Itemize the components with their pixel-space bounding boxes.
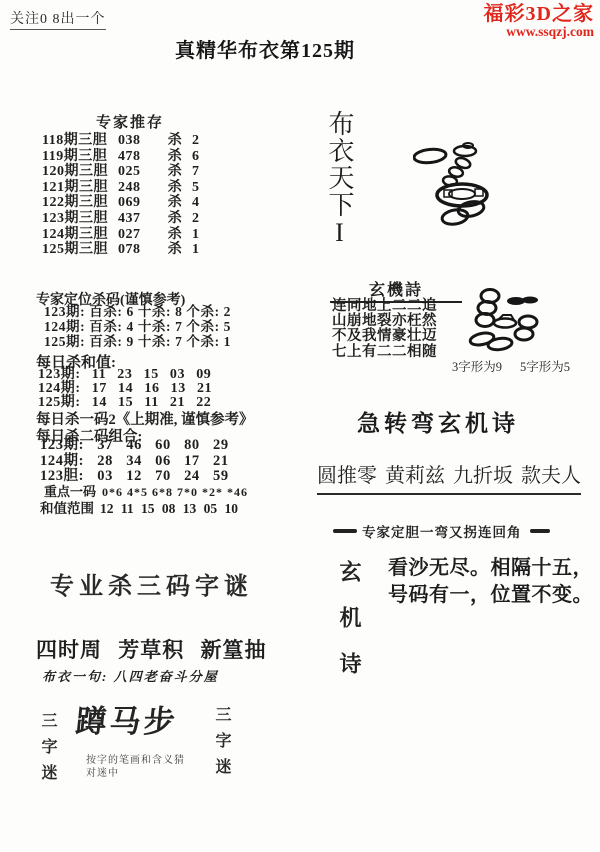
site-url: www.ssqzj.com bbox=[484, 25, 594, 39]
table-row: 121期三胆 248 杀 5 bbox=[42, 180, 206, 196]
three-word-label-left: 三字迷 bbox=[36, 712, 59, 790]
poem-line: 不及我情豪壮迈 bbox=[332, 329, 437, 344]
period-label: 124期三胆 bbox=[42, 227, 118, 243]
kill-three-title: 专业杀三码字谜 bbox=[50, 566, 253, 601]
kill-value: 2 bbox=[192, 133, 206, 149]
kill-value: 1 bbox=[192, 242, 206, 258]
dan-value: 038 bbox=[118, 133, 158, 149]
dan-value: 069 bbox=[118, 195, 158, 211]
kill-label: 杀 bbox=[158, 242, 192, 258]
expert-dan-footer: 专家定胆一弯又拐连回角 bbox=[333, 521, 550, 541]
sharp-turn-riddle: 圆推零 黄莉兹 九折坂 款夫人 bbox=[317, 459, 581, 495]
poem-line: 连同地上二二追 bbox=[332, 299, 437, 314]
shape-caption-right: 5字形为5 bbox=[520, 360, 570, 374]
table-row: 124期三胆 027 杀 1 bbox=[42, 227, 206, 243]
dash-rule-icon bbox=[333, 529, 357, 533]
table-row: 125期三胆 078 杀 1 bbox=[42, 242, 206, 258]
table-row: 118期三胆 038 杀 2 bbox=[42, 133, 206, 149]
sketch-2-icon bbox=[468, 284, 583, 352]
riddle-note: 按字的笔画和含义猜 对迷中 bbox=[86, 754, 226, 780]
table-row: 122期三胆 069 杀 4 bbox=[42, 195, 206, 211]
kill-label: 杀 bbox=[158, 164, 192, 180]
dan-value: 025 bbox=[118, 164, 158, 180]
kill-label: 杀 bbox=[158, 180, 192, 196]
xuanji-poem: 连同地上二二追 山崩地裂亦枉然 不及我情豪壮迈 七上有二二相随 bbox=[332, 299, 437, 360]
sharp-turn-title: 急转弯玄机诗 bbox=[357, 405, 519, 438]
dan-value: 027 bbox=[118, 227, 158, 243]
period-label: 121期三胆 bbox=[42, 180, 118, 196]
dash-rule-icon bbox=[530, 529, 550, 533]
sum-range-row: 和值范围12 11 15 08 13 05 10 bbox=[40, 497, 238, 517]
mystery-poem: 看沙无尽。相隔十五， 号码有一，位置不变。 bbox=[388, 555, 593, 609]
shape-caption-left: 3字形为9 bbox=[452, 360, 502, 374]
site-logo: 福彩3D之家 www.ssqzj.com bbox=[484, 4, 594, 39]
sum-range-label: 和值范围 bbox=[40, 501, 94, 516]
table-row: 124期: 28 34 06 17 21 bbox=[40, 454, 229, 470]
table-row: 125期: 百杀: 9 十杀: 7 个杀: 1 bbox=[44, 335, 231, 350]
riddle-note-line: 按字的笔画和含义猜 bbox=[86, 754, 226, 767]
expert-recommend-table: 118期三胆 038 杀 2 119期三胆 478 杀 6 120期三胆 025… bbox=[42, 133, 206, 258]
scanned-lottery-sheet: 关注0 8出一个 福彩3D之家 www.ssqzj.com 真精华布衣第125期… bbox=[0, 0, 600, 852]
shape-caption: 3字形为95字形为5 bbox=[452, 357, 588, 375]
kill-label: 杀 bbox=[158, 227, 192, 243]
period-label: 122期三胆 bbox=[42, 195, 118, 211]
kill-value: 6 bbox=[192, 149, 206, 165]
table-row: 119期三胆 478 杀 6 bbox=[42, 149, 206, 165]
poem-line: 七上有二二相随 bbox=[332, 345, 437, 360]
table-row: 124期: 百杀: 4 十杀: 7 个杀: 5 bbox=[44, 320, 231, 335]
period-label: 125期三胆 bbox=[42, 242, 118, 258]
kill-three-riddle: 四时周 芳草积 新篁抽 bbox=[36, 634, 267, 664]
page-title: 真精华布衣第125期 bbox=[148, 34, 382, 63]
site-name: 福彩3D之家 bbox=[484, 4, 594, 25]
daily-two-code-table: 123期: 37 46 60 80 29 124期: 28 34 06 17 2… bbox=[40, 438, 229, 485]
dan-value: 437 bbox=[118, 211, 158, 227]
period-label: 120期三胆 bbox=[42, 164, 118, 180]
kill-value: 4 bbox=[192, 195, 206, 211]
three-word-riddle: 蹲马步 bbox=[74, 696, 181, 741]
table-row: 123期: 37 46 60 80 29 bbox=[40, 438, 229, 454]
kill-label: 杀 bbox=[158, 133, 192, 149]
buyi-sentence: 布衣一句: 八四老奋斗分屋 bbox=[42, 666, 219, 685]
period-label: 119期三胆 bbox=[42, 149, 118, 165]
watch-note: 关注0 8出一个 bbox=[10, 8, 106, 30]
sketch-1-icon bbox=[413, 141, 513, 231]
table-row: 120期三胆 025 杀 7 bbox=[42, 164, 206, 180]
kill-value: 7 bbox=[192, 164, 206, 180]
kill-value: 5 bbox=[192, 180, 206, 196]
sum-range-value: 12 11 15 08 13 05 10 bbox=[100, 501, 238, 516]
kill-label: 杀 bbox=[158, 195, 192, 211]
mystery-poem-vertical-title: 玄机诗 bbox=[334, 560, 365, 698]
expert-recommend-header: 专家推存 bbox=[96, 111, 164, 132]
position-kill-table: 123期: 百杀: 6 十杀: 8 个杀: 2 124期: 百杀: 4 十杀: … bbox=[44, 305, 231, 349]
period-label: 118期三胆 bbox=[42, 133, 118, 149]
expert-dan-text: 专家定胆一弯又拐连回角 bbox=[362, 521, 522, 541]
poem-line: 看沙无尽。相隔十五， bbox=[388, 555, 593, 582]
daily-kill-sum-table: 123期: 11 23 15 03 09 124期: 17 14 16 13 2… bbox=[38, 368, 212, 411]
poem-line: 号码有一，位置不变。 bbox=[388, 582, 593, 609]
table-row: 123期三胆 437 杀 2 bbox=[42, 211, 206, 227]
riddle-note-line: 对迷中 bbox=[86, 767, 226, 780]
kill-value: 2 bbox=[192, 211, 206, 227]
dan-value: 078 bbox=[118, 242, 158, 258]
period-label: 123期三胆 bbox=[42, 211, 118, 227]
table-row: 123期: 百杀: 6 十杀: 8 个杀: 2 bbox=[44, 305, 231, 320]
dan-value: 248 bbox=[118, 180, 158, 196]
dan-value: 478 bbox=[118, 149, 158, 165]
kill-label: 杀 bbox=[158, 211, 192, 227]
kill-label: 杀 bbox=[158, 149, 192, 165]
buyi-tianxia-vertical-title: 布衣天下I bbox=[326, 110, 352, 248]
kill-value: 1 bbox=[192, 227, 206, 243]
